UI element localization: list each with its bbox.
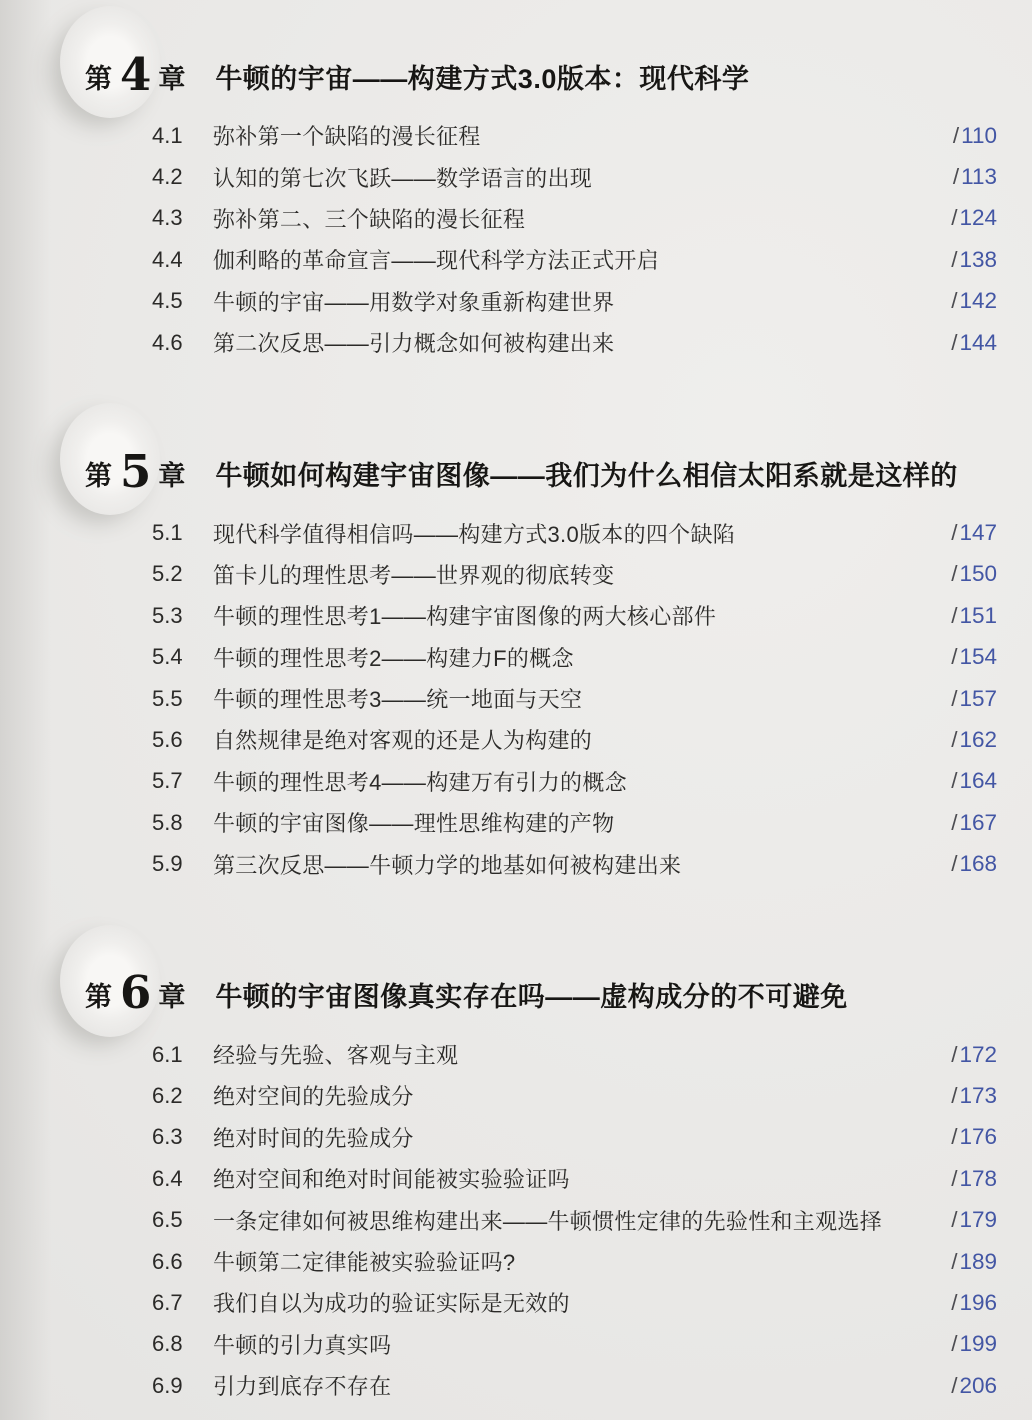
- chapter-heading: 第 5 章 牛顿如何构建宇宙图像——我们为什么相信太阳系就是这样的: [85, 449, 1002, 497]
- section-number: 5.1: [152, 520, 213, 546]
- chapter-block: 第 4 章 牛顿的宇宙——构建方式3.0版本：现代科学 4.1 弥补第一个缺陷的…: [0, 52, 1032, 363]
- toc-entry: 6.9 引力到底存不存在 /206: [152, 1365, 997, 1406]
- toc-entry: 6.1 经验与先验、客观与主观 /172: [152, 1034, 997, 1075]
- toc-entry: 6.8 牛顿的引力真实吗 /199: [152, 1324, 997, 1365]
- page-number: 138: [959, 247, 997, 272]
- section-page-ref: /162: [951, 727, 997, 753]
- section-title: 引力到底存不存在: [213, 1370, 945, 1401]
- section-page-ref: /164: [951, 768, 997, 794]
- toc-entry: 5.4 牛顿的理性思考2——构建力F的概念 /154: [152, 637, 997, 678]
- section-page-ref: /172: [951, 1042, 997, 1068]
- page-number: 110: [961, 123, 997, 148]
- page-number: 162: [959, 727, 997, 752]
- toc-entry: 4.1 弥补第一个缺陷的漫长征程 /110: [152, 115, 997, 156]
- toc-entry: 5.6 自然规律是绝对客观的还是人为构建的 /162: [152, 719, 997, 760]
- toc-entry: 4.6 第二次反思——引力概念如何被构建出来 /144: [152, 322, 997, 363]
- section-number: 4.1: [152, 123, 213, 149]
- section-number: 4.3: [152, 205, 213, 231]
- section-number: 6.5: [152, 1207, 213, 1233]
- section-number: 4.5: [152, 288, 213, 314]
- chapter-label-suffix: 章: [158, 975, 186, 1014]
- chapter-number: 6: [120, 970, 151, 1015]
- chapter-sections: 4.1 弥补第一个缺陷的漫长征程 /110 4.2 认知的第七次飞跃——数学语言…: [0, 115, 1032, 363]
- page-number: 142: [959, 288, 997, 313]
- section-title: 认知的第七次飞跃——数学语言的出现: [213, 162, 947, 193]
- section-number: 4.2: [152, 164, 213, 190]
- toc-entry: 4.5 牛顿的宇宙——用数学对象重新构建世界 /142: [152, 281, 997, 322]
- section-title: 现代科学值得相信吗——构建方式3.0版本的四个缺陷: [213, 518, 945, 549]
- page-number: 176: [959, 1124, 997, 1149]
- chapter-label-prefix: 第: [85, 975, 113, 1014]
- section-page-ref: /154: [951, 644, 997, 670]
- section-page-ref: /124: [951, 205, 997, 231]
- section-page-ref: /168: [951, 851, 997, 877]
- section-page-ref: /110: [953, 123, 997, 149]
- page-number: 157: [959, 686, 997, 711]
- toc-entry: 4.3 弥补第二、三个缺陷的漫长征程 /124: [152, 198, 997, 239]
- section-title: 自然规律是绝对客观的还是人为构建的: [213, 724, 945, 755]
- page-number: 164: [959, 768, 997, 793]
- section-title: 第二次反思——引力概念如何被构建出来: [213, 327, 945, 358]
- page-number: 147: [959, 520, 997, 545]
- table-of-contents: 第 4 章 牛顿的宇宙——构建方式3.0版本：现代科学 4.1 弥补第一个缺陷的…: [0, 0, 1032, 1406]
- section-title: 牛顿的理性思考1——构建宇宙图像的两大核心部件: [213, 600, 945, 631]
- toc-entry: 6.6 牛顿第二定律能被实验验证吗? /189: [152, 1241, 997, 1282]
- toc-entry: 5.7 牛顿的理性思考4——构建万有引力的概念 /164: [152, 761, 997, 802]
- section-number: 6.6: [152, 1249, 213, 1275]
- page-number: 124: [959, 205, 997, 230]
- page-slash: /: [953, 123, 961, 148]
- section-number: 5.4: [152, 644, 213, 670]
- section-page-ref: /138: [951, 247, 997, 273]
- section-number: 6.7: [152, 1290, 213, 1316]
- toc-entry: 5.2 笛卡儿的理性思考——世界观的彻底转变 /150: [152, 554, 997, 595]
- section-title: 牛顿的理性思考4——构建万有引力的概念: [213, 766, 945, 797]
- chapter-block: 第 6 章 牛顿的宇宙图像真实存在吗——虚构成分的不可避免 6.1 经验与先验、…: [0, 971, 1032, 1407]
- page-number: 144: [959, 330, 997, 355]
- section-page-ref: /144: [951, 330, 997, 356]
- toc-entry: 6.3 绝对时间的先验成分 /176: [152, 1117, 997, 1158]
- section-page-ref: /113: [953, 164, 997, 190]
- section-title: 弥补第一个缺陷的漫长征程: [213, 120, 947, 151]
- section-number: 4.4: [152, 247, 213, 273]
- section-number: 5.9: [152, 851, 213, 877]
- section-page-ref: /189: [951, 1249, 997, 1275]
- section-number: 6.2: [152, 1083, 213, 1109]
- section-title: 一条定律如何被思维构建出来——牛顿惯性定律的先验性和主观选择: [213, 1205, 945, 1236]
- chapter-label-suffix: 章: [158, 454, 186, 493]
- section-number: 5.5: [152, 686, 213, 712]
- section-title: 我们自以为成功的验证实际是无效的: [213, 1287, 945, 1318]
- page-number: 113: [961, 164, 997, 189]
- section-page-ref: /176: [951, 1124, 997, 1150]
- section-page-ref: /173: [951, 1083, 997, 1109]
- section-page-ref: /147: [951, 520, 997, 546]
- toc-entry: 4.4 伽利略的革命宣言——现代科学方法正式开启 /138: [152, 239, 997, 280]
- section-page-ref: /196: [951, 1290, 997, 1316]
- chapter-block: 第 5 章 牛顿如何构建宇宙图像——我们为什么相信太阳系就是这样的 5.1 现代…: [0, 449, 1032, 885]
- section-title: 牛顿第二定律能被实验验证吗?: [213, 1246, 945, 1277]
- section-title: 绝对时间的先验成分: [213, 1122, 945, 1153]
- page-number: 189: [959, 1249, 997, 1274]
- page-number: 172: [959, 1042, 997, 1067]
- page-number: 154: [959, 644, 997, 669]
- section-number: 6.3: [152, 1124, 213, 1150]
- section-title: 弥补第二、三个缺陷的漫长征程: [213, 203, 945, 234]
- chapter-sections: 5.1 现代科学值得相信吗——构建方式3.0版本的四个缺陷 /147 5.2 笛…: [0, 512, 1032, 885]
- toc-entry: 4.2 认知的第七次飞跃——数学语言的出现 /113: [152, 156, 997, 197]
- page-number: 167: [959, 810, 997, 835]
- chapter-heading: 第 6 章 牛顿的宇宙图像真实存在吗——虚构成分的不可避免: [85, 971, 1002, 1019]
- section-number: 4.6: [152, 330, 213, 356]
- page-number: 206: [959, 1373, 997, 1398]
- section-number: 6.8: [152, 1331, 213, 1357]
- toc-entry: 5.5 牛顿的理性思考3——统一地面与天空 /157: [152, 678, 997, 719]
- toc-entry: 5.3 牛顿的理性思考1——构建宇宙图像的两大核心部件 /151: [152, 595, 997, 636]
- page-number: 151: [959, 603, 997, 628]
- toc-entry: 6.7 我们自以为成功的验证实际是无效的 /196: [152, 1282, 997, 1323]
- section-page-ref: /179: [951, 1207, 997, 1233]
- section-page-ref: /167: [951, 810, 997, 836]
- toc-entry: 6.2 绝对空间的先验成分 /173: [152, 1075, 997, 1116]
- page-number: 179: [959, 1207, 997, 1232]
- section-title: 伽利略的革命宣言——现代科学方法正式开启: [213, 244, 945, 275]
- section-page-ref: /157: [951, 686, 997, 712]
- section-number: 5.2: [152, 561, 213, 587]
- section-title: 牛顿的宇宙图像——理性思维构建的产物: [213, 807, 945, 838]
- section-title: 牛顿的宇宙——用数学对象重新构建世界: [213, 286, 945, 317]
- section-page-ref: /178: [951, 1166, 997, 1192]
- page-number: 168: [959, 851, 997, 876]
- section-number: 5.3: [152, 603, 213, 629]
- chapter-label-suffix: 章: [158, 57, 186, 96]
- page-number: 178: [959, 1166, 997, 1191]
- section-title: 笛卡儿的理性思考——世界观的彻底转变: [213, 559, 945, 590]
- chapter-title: 牛顿如何构建宇宙图像——我们为什么相信太阳系就是这样的: [215, 454, 958, 493]
- page-slash: /: [953, 164, 961, 189]
- section-page-ref: /151: [951, 603, 997, 629]
- chapter-title: 牛顿的宇宙——构建方式3.0版本：现代科学: [215, 57, 749, 96]
- section-title: 绝对空间和绝对时间能被实验验证吗: [213, 1163, 945, 1194]
- section-number: 6.1: [152, 1042, 213, 1068]
- page-number: 196: [959, 1290, 997, 1315]
- toc-entry: 5.8 牛顿的宇宙图像——理性思维构建的产物 /167: [152, 802, 997, 843]
- section-title: 绝对空间的先验成分: [213, 1080, 945, 1111]
- page-number: 173: [959, 1083, 997, 1108]
- toc-entry: 5.9 第三次反思——牛顿力学的地基如何被构建出来 /168: [152, 843, 997, 884]
- section-page-ref: /206: [951, 1373, 997, 1399]
- page-number: 199: [959, 1331, 997, 1356]
- section-title: 经验与先验、客观与主观: [213, 1039, 945, 1070]
- section-number: 6.4: [152, 1166, 213, 1192]
- chapter-sections: 6.1 经验与先验、客观与主观 /172 6.2 绝对空间的先验成分 /173 …: [0, 1034, 1032, 1407]
- chapter-heading: 第 4 章 牛顿的宇宙——构建方式3.0版本：现代科学: [85, 52, 1002, 100]
- section-number: 6.9: [152, 1373, 213, 1399]
- section-title: 牛顿的引力真实吗: [213, 1329, 945, 1360]
- section-title: 牛顿的理性思考2——构建力F的概念: [213, 642, 945, 673]
- section-page-ref: /199: [951, 1331, 997, 1357]
- section-title: 牛顿的理性思考3——统一地面与天空: [213, 683, 945, 714]
- section-page-ref: /142: [951, 288, 997, 314]
- chapter-number: 5: [120, 449, 151, 494]
- chapter-label-prefix: 第: [85, 57, 113, 96]
- section-number: 5.6: [152, 727, 213, 753]
- chapter-label-prefix: 第: [85, 454, 113, 493]
- section-number: 5.8: [152, 810, 213, 836]
- page-number: 150: [959, 561, 997, 586]
- toc-entry: 6.4 绝对空间和绝对时间能被实验验证吗 /178: [152, 1158, 997, 1199]
- section-number: 5.7: [152, 768, 213, 794]
- toc-entry: 5.1 现代科学值得相信吗——构建方式3.0版本的四个缺陷 /147: [152, 512, 997, 553]
- section-page-ref: /150: [951, 561, 997, 587]
- chapter-title: 牛顿的宇宙图像真实存在吗——虚构成分的不可避免: [215, 975, 848, 1014]
- toc-entry: 6.5 一条定律如何被思维构建出来——牛顿惯性定律的先验性和主观选择 /179: [152, 1199, 997, 1240]
- chapter-number: 4: [120, 52, 151, 97]
- section-title: 第三次反思——牛顿力学的地基如何被构建出来: [213, 849, 945, 880]
